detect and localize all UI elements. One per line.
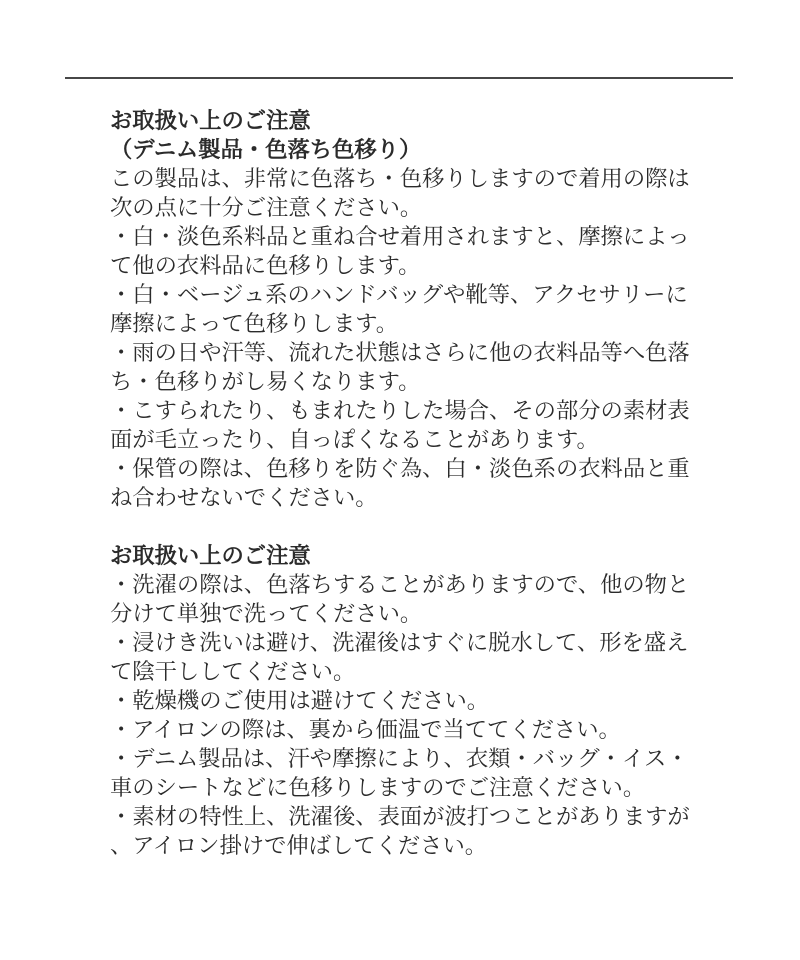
section1-text-line: ね合わせないでください。 <box>110 483 710 512</box>
section2-text-line: 、アイロン掛けで伸ばしてください。 <box>110 831 710 860</box>
section1-text-line: 次の点に十分ご注意ください。 <box>110 193 710 222</box>
section1-text-line: ・白・ベージュ系のハンドバッグや靴等、アクセサリーに <box>110 280 710 309</box>
section2-text-line: 分けて単独で洗ってください。 <box>110 599 710 628</box>
section1-text-line: ・雨の日や汗等、流れた状態はさらに他の衣料品等へ色落 <box>110 338 710 367</box>
section-denim-color-transfer: お取扱い上のご注意 （デニム製品・色落ち色移り） この製品は、非常に色落ち・色移… <box>110 106 710 512</box>
section1-text-line: 面が毛立ったり、自っぽくなることがあります。 <box>110 425 710 454</box>
section-washing: お取扱い上のご注意 ・洗濯の際は、色落ちすることがありますので、他の物と 分けて… <box>110 541 710 860</box>
section2-text-line: ・洗濯の際は、色落ちすることがありますので、他の物と <box>110 570 710 599</box>
section1-subheading: （デニム製品・色落ち色移り） <box>110 135 710 164</box>
care-notice-page: お取扱い上のご注意 （デニム製品・色落ち色移り） この製品は、非常に色落ち・色移… <box>0 0 800 960</box>
section1-text-line: ・白・淡色系料品と重ね合せ着用されますと、摩擦によっ <box>110 222 710 251</box>
section2-text-line: ・乾燥機のご使用は避けてください。 <box>110 686 710 715</box>
section1-text-line: この製品は、非常に色落ち・色移りしますので着用の際は <box>110 164 710 193</box>
section2-heading: お取扱い上のご注意 <box>110 541 710 570</box>
section2-text-line: ・アイロンの際は、裏から価温で当ててください。 <box>110 715 710 744</box>
section1-text-line: て他の衣料品に色移りします。 <box>110 251 710 280</box>
section1-text-line: ち・色移りがし易くなります。 <box>110 367 710 396</box>
care-instructions: お取扱い上のご注意 （デニム製品・色落ち色移り） この製品は、非常に色落ち・色移… <box>110 106 710 860</box>
section2-text-line: ・素材の特性上、洗濯後、表面が波打つことがありますが <box>110 802 710 831</box>
top-divider <box>65 77 733 79</box>
section1-heading: お取扱い上のご注意 <box>110 106 710 135</box>
section-gap <box>110 512 710 541</box>
section2-text-line: ・デニム製品は、汗や摩擦により、衣類・バッグ・イス・ <box>110 744 710 773</box>
section1-text-line: ・保管の際は、色移りを防ぐ為、白・淡色系の衣料品と重 <box>110 454 710 483</box>
section2-text-line: ・浸けき洗いは避け、洗濯後はすぐに脱水して、形を盛え <box>110 628 710 657</box>
section1-text-line: 摩擦によって色移りします。 <box>110 309 710 338</box>
section2-text-line: て陰干ししてください。 <box>110 657 710 686</box>
section1-text-line: ・こすられたり、もまれたりした場合、その部分の素材表 <box>110 396 710 425</box>
section2-text-line: 車のシートなどに色移りしますのでご注意ください。 <box>110 773 710 802</box>
